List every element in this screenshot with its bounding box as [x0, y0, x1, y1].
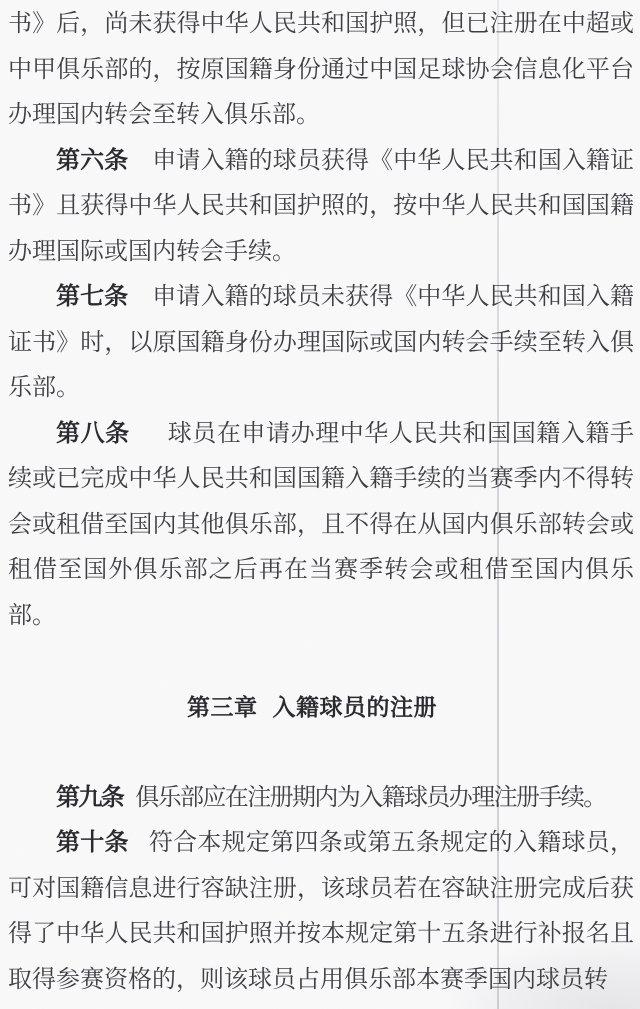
article-8: 第八条球员在申请办理中华人民共和国国籍入籍手续或已完成中华人民共和国国籍入籍手续…: [8, 412, 634, 640]
article-9-label: 第九条: [56, 785, 123, 811]
document-text-column: 书》后，尚未获得中华人民共和国护照，但已注册在中超或中甲俱乐部的，按原国籍身份通…: [8, 2, 634, 1003]
article-7-label: 第七条: [56, 284, 128, 310]
article-6: 第六条申请入籍的球员获得《中华人民共和国入籍证书》且获得中华人民共和国护照的，按…: [8, 139, 634, 276]
article-10: 第十条符合本规定第四条或第五条规定的入籍球员，可对国籍信息进行容缺注册，该球员若…: [8, 821, 634, 1003]
article-8-label: 第八条: [56, 421, 130, 447]
article-9: 第九条俱乐部应在注册期内为入籍球员办理注册手续。: [8, 776, 634, 822]
article-6-label: 第六条: [56, 148, 128, 174]
paragraph-continuation: 书》后，尚未获得中华人民共和国护照，但已注册在中超或中甲俱乐部的，按原国籍身份通…: [8, 2, 634, 139]
chapter-3-title: 入籍球员的注册: [273, 695, 438, 720]
chapter-3-heading: 第三章入籍球员的注册: [8, 685, 616, 731]
article-10-label: 第十条: [56, 830, 129, 856]
article-8-text: 球员在申请办理中华人民共和国国籍入籍手续或已完成中华人民共和国国籍入籍手续的当赛…: [8, 421, 634, 629]
chapter-3-label: 第三章: [187, 695, 258, 720]
article-9-text: 俱乐部应在注册期内为入籍球员办理注册手续。: [135, 785, 605, 811]
scanned-document-page: 书》后，尚未获得中华人民共和国护照，但已注册在中超或中甲俱乐部的，按原国籍身份通…: [0, 0, 640, 1009]
article-7: 第七条申请入籍的球员未获得《中华人民共和国入籍证书》时，以原国籍身份办理国际或国…: [8, 275, 634, 412]
